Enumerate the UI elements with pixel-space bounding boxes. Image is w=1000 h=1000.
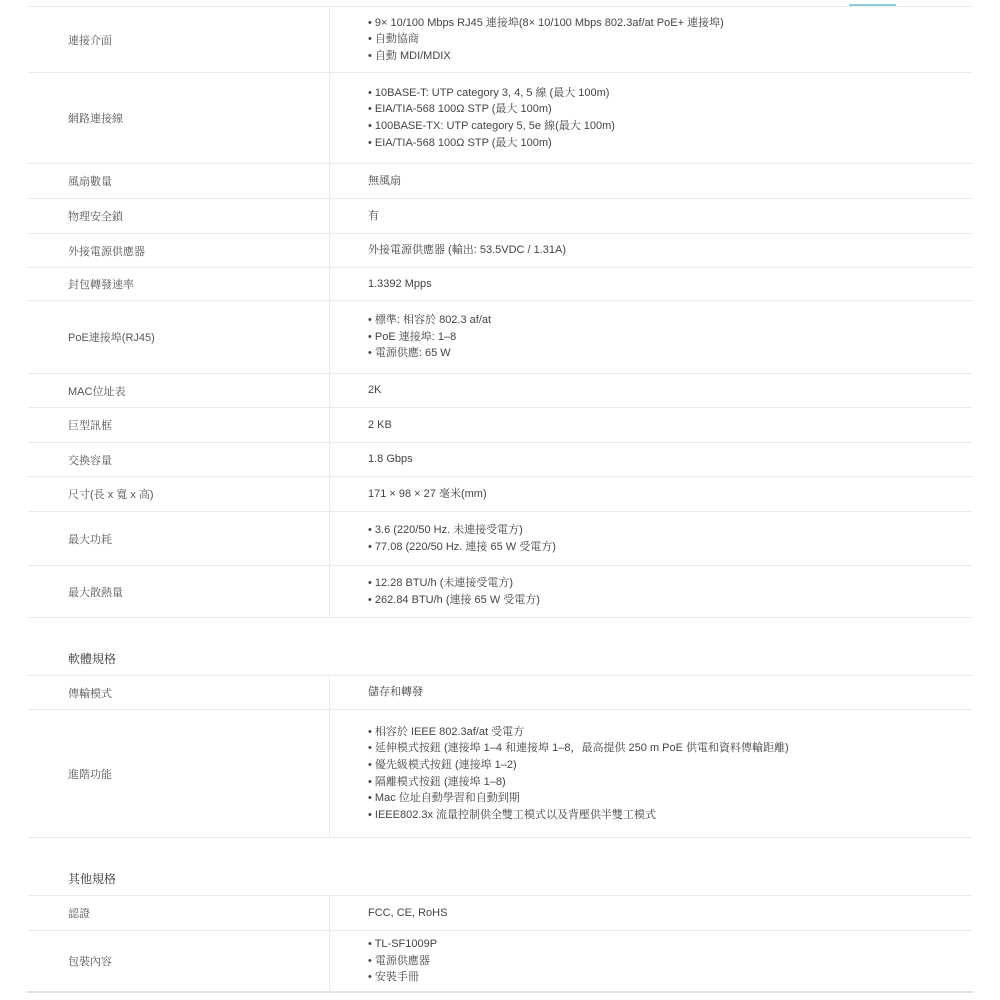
spec-value-line: • 自動協商 (368, 31, 973, 48)
spec-value: • 12.28 BTU/h (未連接受電方) • 262.84 BTU/h (連… (330, 566, 973, 617)
spec-value: 儲存和轉發 (330, 676, 973, 709)
spec-value-line: FCC, CE, RoHS (368, 905, 973, 922)
spec-value-line: • 9× 10/100 Mbps RJ45 連接埠(8× 10/100 Mbps… (368, 15, 973, 32)
spec-value-line: • 優先級模式按鈕 (連接埠 1–2) (368, 757, 973, 774)
spec-label: 最大散熱量 (27, 566, 330, 617)
spec-row-package-contents: 包裝內容 • TL-SF1009P • 電源供應器 • 安裝手冊 (27, 930, 973, 993)
spec-value-line: 2 KB (368, 417, 973, 434)
spec-label: 最大功耗 (27, 512, 330, 565)
spec-page: 連接介面 • 9× 10/100 Mbps RJ45 連接埠(8× 10/100… (27, 6, 973, 993)
spec-value-line: 無風扇 (368, 173, 973, 190)
spec-value-line: • 自動 MDI/MDIX (368, 48, 973, 65)
spec-label: 風扇數量 (27, 164, 330, 198)
spec-row-security-lock: 物理安全鎖 有 (27, 198, 973, 233)
spec-row-max-heat: 最大散熱量 • 12.28 BTU/h (未連接受電方) • 262.84 BT… (27, 565, 973, 617)
spec-value: 2K (330, 374, 973, 407)
spec-row-forwarding-rate: 封包轉發速率 1.3392 Mpps (27, 267, 973, 300)
spec-value: • TL-SF1009P • 電源供應器 • 安裝手冊 (330, 931, 973, 991)
spec-row-max-power: 最大功耗 • 3.6 (220/50 Hz. 未連接受電方) • 77.08 (… (27, 511, 973, 565)
spec-value: 2 KB (330, 408, 973, 442)
section-title-other: 其他規格 (27, 837, 973, 895)
spec-row-dimensions: 尺寸(長 x 寬 x 高) 171 × 98 × 27 毫米(mm) (27, 476, 973, 511)
hardware-spec-table: 連接介面 • 9× 10/100 Mbps RJ45 連接埠(8× 10/100… (27, 6, 973, 617)
spec-value: • 9× 10/100 Mbps RJ45 連接埠(8× 10/100 Mbps… (330, 7, 973, 72)
spec-label: 外接電源供應器 (27, 234, 330, 267)
spec-value-line: • 10BASE-T: UTP category 3, 4, 5 線 (最大 1… (368, 85, 973, 102)
spec-row-jumbo-frame: 巨型訊框 2 KB (27, 407, 973, 442)
spec-value: 1.8 Gbps (330, 443, 973, 476)
spec-value-line: • EIA/TIA-568 100Ω STP (最大 100m) (368, 101, 973, 118)
spec-label: 尺寸(長 x 寬 x 高) (27, 477, 330, 511)
spec-value: 外接電源供應器 (輸出: 53.5VDC / 1.31A) (330, 234, 973, 267)
spec-value: 有 (330, 199, 973, 233)
spec-value-line: 儲存和轉發 (368, 684, 973, 701)
spec-value-line: • 標準: 相容於 802.3 af/at (368, 312, 973, 329)
spec-row-interface: 連接介面 • 9× 10/100 Mbps RJ45 連接埠(8× 10/100… (27, 6, 973, 72)
spec-value-line: • 100BASE-TX: UTP category 5, 5e 線(最大 10… (368, 118, 973, 135)
spec-label: 傳輸模式 (27, 676, 330, 709)
spec-value-line: 有 (368, 208, 973, 225)
spec-value-line: • 電源供應: 65 W (368, 345, 973, 362)
spec-label: 進階功能 (27, 710, 330, 837)
spec-row-fan-count: 風扇數量 無風扇 (27, 163, 973, 198)
spec-label: 物理安全鎖 (27, 199, 330, 233)
spec-label: 封包轉發速率 (27, 268, 330, 300)
spec-value-line: • EIA/TIA-568 100Ω STP (最大 100m) (368, 135, 973, 152)
spec-row-advanced-features: 進階功能 • 相容於 IEEE 802.3af/at 受電方 • 延伸模式按鈕 … (27, 709, 973, 837)
spec-value: 1.3392 Mpps (330, 268, 973, 300)
spec-value-line: • IEEE802.3x 流量控制供全雙工模式以及背壓供半雙工模式 (368, 807, 973, 824)
spec-value-line: • Mac 位址自動學習和自動到期 (368, 790, 973, 807)
spec-value: 無風扇 (330, 164, 973, 198)
spec-value-line: • 延伸模式按鈕 (連接埠 1–4 和連接埠 1–8，最高提供 250 m Po… (368, 740, 973, 757)
spec-value: • 3.6 (220/50 Hz. 未連接受電方) • 77.08 (220/5… (330, 512, 973, 565)
spec-row-switching-capacity: 交換容量 1.8 Gbps (27, 442, 973, 476)
spec-label: 網路連接線 (27, 73, 330, 163)
spec-value: • 10BASE-T: UTP category 3, 4, 5 線 (最大 1… (330, 73, 973, 163)
spec-label: 交換容量 (27, 443, 330, 476)
spec-value-line: • 相容於 IEEE 802.3af/at 受電方 (368, 724, 973, 741)
spec-label: PoE連接埠(RJ45) (27, 301, 330, 373)
spec-value: • 相容於 IEEE 802.3af/at 受電方 • 延伸模式按鈕 (連接埠 … (330, 710, 973, 837)
spec-row-poe-ports: PoE連接埠(RJ45) • 標準: 相容於 802.3 af/at • PoE… (27, 300, 973, 373)
spec-value-line: 1.3392 Mpps (368, 276, 973, 293)
spec-label: 連接介面 (27, 7, 330, 72)
spec-value-line: 171 × 98 × 27 毫米(mm) (368, 486, 973, 503)
spec-value-line: • 12.28 BTU/h (未連接受電方) (368, 575, 973, 592)
spec-row-mac-table: MAC位址表 2K (27, 373, 973, 407)
spec-label: 包裝內容 (27, 931, 330, 991)
spec-value-line: 2K (368, 382, 973, 399)
spec-value-line: 外接電源供應器 (輸出: 53.5VDC / 1.31A) (368, 242, 973, 259)
spec-row-power-supply: 外接電源供應器 外接電源供應器 (輸出: 53.5VDC / 1.31A) (27, 233, 973, 267)
spec-value: 171 × 98 × 27 毫米(mm) (330, 477, 973, 511)
spec-label: 認證 (27, 896, 330, 930)
spec-label: MAC位址表 (27, 374, 330, 407)
spec-value-line: • TL-SF1009P (368, 936, 973, 953)
spec-row-transfer-mode: 傳輸模式 儲存和轉發 (27, 675, 973, 709)
spec-value-line: • PoE 連接埠: 1–8 (368, 329, 973, 346)
spec-value-line: • 262.84 BTU/h (連接 65 W 受電方) (368, 592, 973, 609)
spec-value-line: • 隔離模式按鈕 (連接埠 1–8) (368, 774, 973, 791)
spec-value: • 標準: 相容於 802.3 af/at • PoE 連接埠: 1–8 • 電… (330, 301, 973, 373)
other-spec-table: 認證 FCC, CE, RoHS 包裝內容 • TL-SF1009P • 電源供… (27, 895, 973, 993)
spec-value-line: • 電源供應器 (368, 953, 973, 970)
section-title-software: 軟體規格 (27, 617, 973, 675)
spec-value-line: 1.8 Gbps (368, 451, 973, 468)
spec-value: FCC, CE, RoHS (330, 896, 973, 930)
spec-value-line: • 安裝手冊 (368, 969, 973, 986)
software-spec-table: 傳輸模式 儲存和轉發 進階功能 • 相容於 IEEE 802.3af/at 受電… (27, 675, 973, 837)
spec-value-line: • 77.08 (220/50 Hz. 連接 65 W 受電方) (368, 539, 973, 556)
spec-label: 巨型訊框 (27, 408, 330, 442)
spec-value-line: • 3.6 (220/50 Hz. 未連接受電方) (368, 522, 973, 539)
spec-row-network-cable: 網路連接線 • 10BASE-T: UTP category 3, 4, 5 線… (27, 72, 973, 163)
spec-row-certification: 認證 FCC, CE, RoHS (27, 895, 973, 930)
